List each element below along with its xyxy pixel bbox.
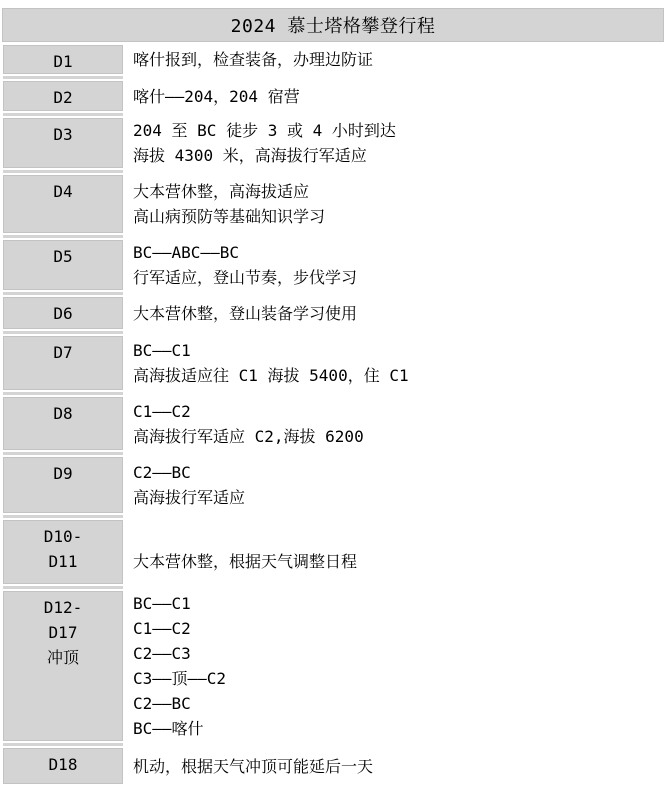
row-content-cell: 大本营休整，登山装备学习使用 (123, 297, 667, 329)
table-row-d5: D5 BC——ABC——BC 行军适应，登山节奏，步伐学习 (0, 240, 667, 290)
day-label-cell: D9 (3, 457, 123, 513)
day-label-cell: D1 (3, 45, 123, 74)
day-label-cell: D7 (3, 336, 123, 390)
divider-bar (3, 76, 123, 79)
itinerary-text: 大本营休整，根据天气调整日程 (133, 549, 667, 574)
day-label: D7 (4, 340, 122, 365)
row-content-cell: 喀什报到，检查装备，办理边防证 (123, 45, 667, 74)
itinerary-text: 高海拔适应往 C1 海拔 5400，住 C1 (133, 363, 667, 388)
day-label: D12- (4, 595, 122, 620)
day-label: 冲顶 (4, 645, 122, 670)
row-content-cell: 204 至 BC 徒步 3 或 4 小时到达 海拔 4300 米，高海拔行军适应 (123, 118, 667, 168)
divider-bar (3, 170, 123, 173)
itinerary-text: 海拔 4300 米，高海拔行军适应 (133, 143, 667, 168)
row-content-cell: BC——C1 C1——C2 C2——C3 C3——顶——C2 C2——BC BC… (123, 591, 667, 741)
table-row-d12-d17: D12- D17 冲顶 BC——C1 C1——C2 C2——C3 C3——顶——… (0, 591, 667, 741)
day-label: D3 (4, 122, 122, 147)
table-row-d6: D6 大本营休整，登山装备学习使用 (0, 297, 667, 329)
itinerary-text: C1——C2 (133, 399, 667, 424)
day-label-cell: D6 (3, 297, 123, 329)
table-row-d18: D18 机动，根据天气冲顶可能延后一天 (0, 748, 667, 784)
day-label: D17 (4, 620, 122, 645)
row-content-cell: 机动，根据天气冲顶可能延后一天 (123, 748, 667, 784)
row-divider (0, 450, 667, 457)
row-content-cell: C1——C2 高海拔行军适应 C2,海拔 6200 (123, 397, 667, 450)
table-row-d7: D7 BC——C1 高海拔适应往 C1 海拔 5400，住 C1 (0, 336, 667, 390)
divider-bar (3, 331, 123, 334)
row-divider (0, 329, 667, 336)
divider-bar (3, 392, 123, 395)
day-label: D10- (4, 524, 122, 549)
table-row-d3: D3 204 至 BC 徒步 3 或 4 小时到达 海拔 4300 米，高海拔行… (0, 118, 667, 168)
row-content-cell: 大本营休整，高海拔适应 高山病预防等基础知识学习 (123, 175, 667, 233)
itinerary-table: D1 喀什报到，检查装备，办理边防证 D2 喀什——204，204 宿营 D3 … (0, 45, 667, 784)
day-label-cell: D8 (3, 397, 123, 450)
day-label: D4 (4, 179, 122, 204)
row-divider (0, 233, 667, 240)
day-label: D9 (4, 461, 122, 486)
divider-bar (3, 452, 123, 455)
itinerary-text: 机动，根据天气冲顶可能延后一天 (133, 754, 667, 779)
itinerary-text: 喀什报到，检查装备，办理边防证 (133, 47, 667, 72)
row-divider (0, 390, 667, 397)
divider-bar (3, 743, 123, 746)
itinerary-text: 大本营休整，高海拔适应 (133, 179, 667, 204)
table-row-d1: D1 喀什报到，检查装备，办理边防证 (0, 45, 667, 74)
table-row-d8: D8 C1——C2 高海拔行军适应 C2,海拔 6200 (0, 397, 667, 450)
row-divider (0, 741, 667, 748)
row-content-cell: C2——BC 高海拔行军适应 (123, 457, 667, 513)
page-title: 2024 慕士塔格攀登行程 (231, 12, 436, 38)
itinerary-text: C1——C2 (133, 616, 667, 641)
day-label-cell: D2 (3, 81, 123, 111)
day-label: D11 (4, 549, 122, 574)
day-label: D5 (4, 244, 122, 269)
row-divider (0, 513, 667, 520)
divider-bar (3, 515, 123, 518)
itinerary-text: 204 至 BC 徒步 3 或 4 小时到达 (133, 118, 667, 143)
itinerary-text: 行军适应，登山节奏，步伐学习 (133, 265, 667, 290)
day-label-cell: D18 (3, 748, 123, 784)
row-divider (0, 168, 667, 175)
itinerary-text: 喀什——204，204 宿营 (133, 84, 667, 109)
row-divider (0, 74, 667, 81)
itinerary-text: C3——顶——C2 (133, 666, 667, 691)
row-content-cell: 大本营休整，根据天气调整日程 (123, 520, 667, 584)
row-content-cell: 喀什——204，204 宿营 (123, 81, 667, 111)
document-page: 2024 慕士塔格攀登行程 D1 喀什报到，检查装备，办理边防证 D2 喀什——… (0, 0, 667, 792)
day-label: D1 (4, 49, 122, 74)
day-label-cell: D3 (3, 118, 123, 168)
table-row-d9: D9 C2——BC 高海拔行军适应 (0, 457, 667, 513)
row-divider (0, 584, 667, 591)
day-label: D8 (4, 401, 122, 426)
itinerary-text: BC——ABC——BC (133, 240, 667, 265)
table-title-bar: 2024 慕士塔格攀登行程 (2, 8, 664, 42)
day-label-cell: D12- D17 冲顶 (3, 591, 123, 741)
itinerary-text: 大本营休整，登山装备学习使用 (133, 301, 667, 326)
itinerary-text: BC——C1 (133, 591, 667, 616)
day-label-cell: D4 (3, 175, 123, 233)
divider-bar (3, 586, 123, 589)
row-content-cell: BC——C1 高海拔适应往 C1 海拔 5400，住 C1 (123, 336, 667, 390)
day-label-cell: D5 (3, 240, 123, 290)
itinerary-text: 高山病预防等基础知识学习 (133, 204, 667, 229)
table-row-d4: D4 大本营休整，高海拔适应 高山病预防等基础知识学习 (0, 175, 667, 233)
itinerary-text: BC——喀什 (133, 716, 667, 741)
table-row-d2: D2 喀什——204，204 宿营 (0, 81, 667, 111)
divider-bar (3, 235, 123, 238)
day-label: D6 (4, 301, 122, 326)
day-label: D18 (4, 752, 122, 777)
itinerary-text: BC——C1 (133, 338, 667, 363)
itinerary-text: C2——C3 (133, 641, 667, 666)
row-divider (0, 290, 667, 297)
table-row-d10-d11: D10- D11 大本营休整，根据天气调整日程 (0, 520, 667, 584)
row-divider (0, 111, 667, 118)
divider-bar (3, 292, 123, 295)
row-content-cell: BC——ABC——BC 行军适应，登山节奏，步伐学习 (123, 240, 667, 290)
day-label: D2 (4, 85, 122, 110)
divider-bar (3, 113, 123, 116)
itinerary-text: C2——BC (133, 460, 667, 485)
itinerary-text: 高海拔行军适应 C2,海拔 6200 (133, 424, 667, 449)
itinerary-text: 高海拔行军适应 (133, 485, 667, 510)
itinerary-text: C2——BC (133, 691, 667, 716)
day-label-cell: D10- D11 (3, 520, 123, 584)
